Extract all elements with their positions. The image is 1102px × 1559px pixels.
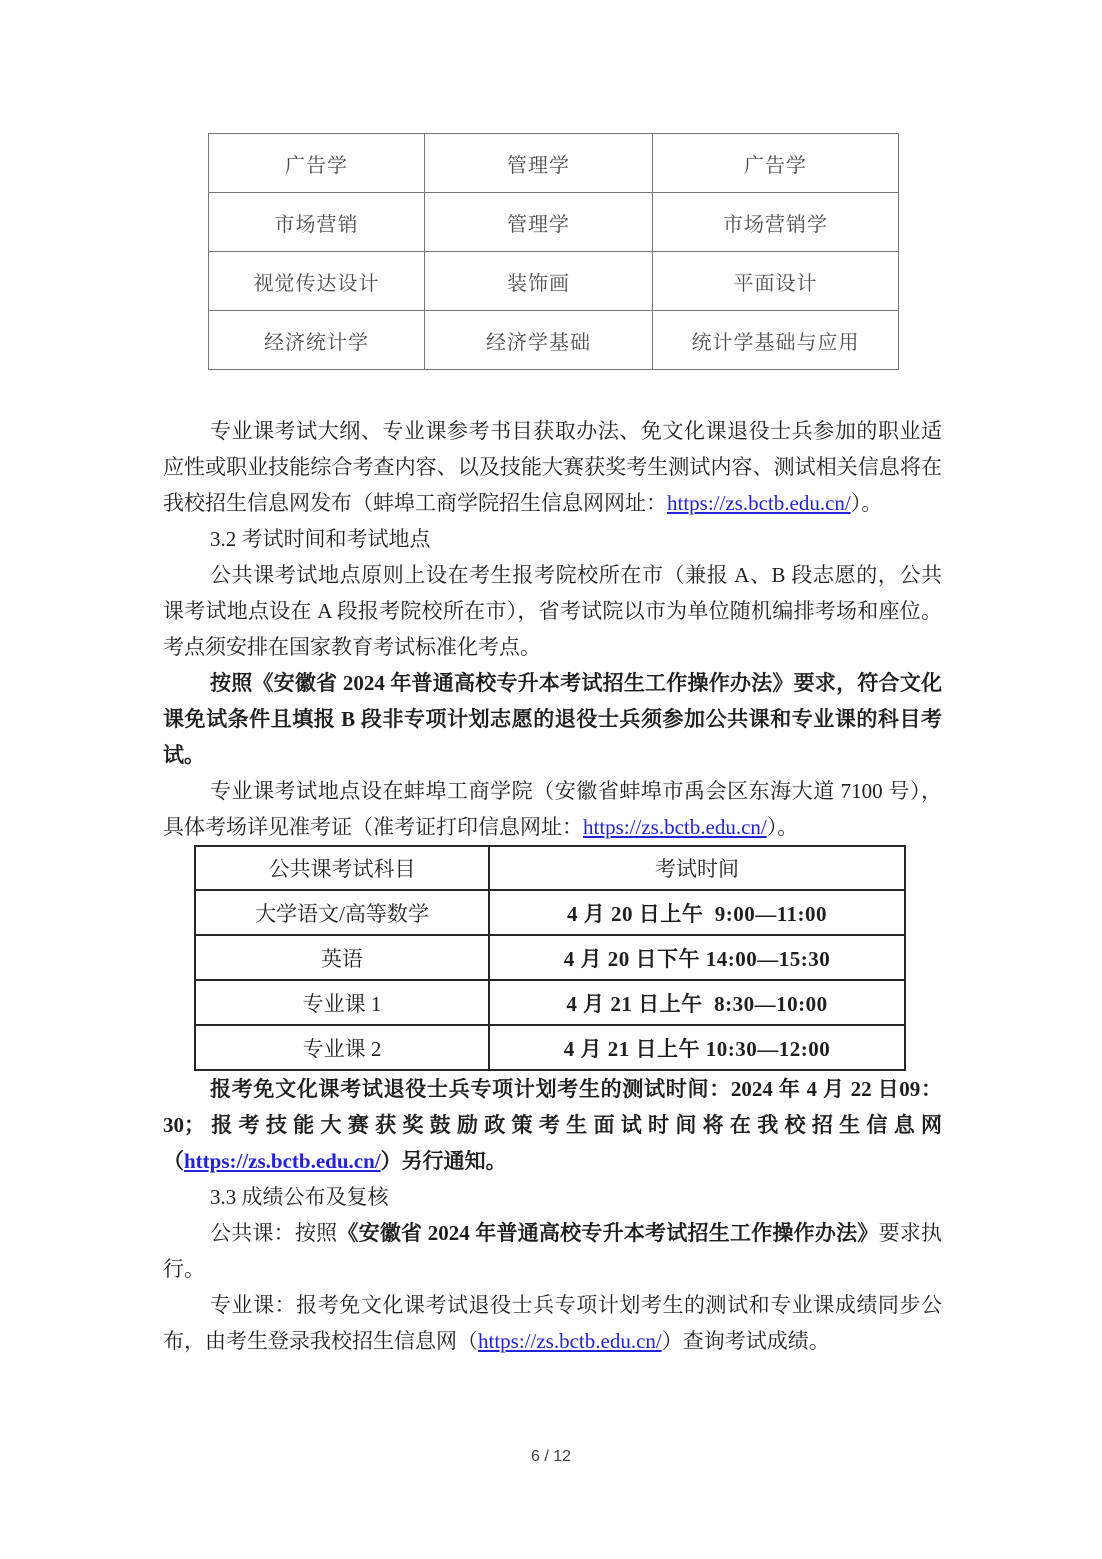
- table-row: 经济统计学 经济学基础 统计学基础与应用: [209, 311, 899, 370]
- table-row: 专业课 2 4 月 21 日上午 10:30—12:00: [195, 1025, 905, 1070]
- schedule-time-cell: 4 月 20 日上午 9:00—11:00: [489, 890, 905, 935]
- schedule-time-cell: 4 月 21 日上午 8:30—10:00: [489, 980, 905, 1025]
- paragraph-test-time-notice: 报考免文化课考试退役士兵专项计划考生的测试时间：2024 年 4 月 22 日0…: [163, 1071, 942, 1179]
- table-cell: 市场营销: [209, 193, 425, 252]
- paragraph-test-time-tail: ）另行通知。: [381, 1149, 507, 1173]
- notice-site-link[interactable]: https://zs.bctb.edu.cn/: [184, 1149, 381, 1173]
- table-cell: 统计学基础与应用: [653, 311, 899, 370]
- table-row: 英语 4 月 20 日下午 14:00—15:30: [195, 935, 905, 980]
- table-row: 广告学 管理学 广告学: [209, 134, 899, 193]
- table-cell: 管理学: [425, 134, 653, 193]
- paragraph-public-score: 公共课：按照《安徽省 2024 年普通高校专升本考试招生工作操作办法》要求执行。: [163, 1215, 942, 1287]
- table-cell: 装饰画: [425, 252, 653, 311]
- schedule-time-cell: 4 月 21 日上午 10:30—12:00: [489, 1025, 905, 1070]
- score-query-site-link[interactable]: https://zs.bctb.edu.cn/: [478, 1329, 662, 1353]
- schedule-subject-cell: 英语: [195, 935, 489, 980]
- course-mapping-table: 广告学 管理学 广告学 市场营销 管理学 市场营销学 视觉传达设计 装饰画 平面…: [208, 133, 899, 370]
- schedule-time-cell: 4 月 20 日下午 14:00—15:30: [489, 935, 905, 980]
- paragraph-syllabus-tail: ）。: [851, 491, 883, 515]
- paragraph-major-location-tail: ）。: [767, 815, 799, 839]
- paragraph-major-location-text: 专业课考试地点设在蚌埠工商学院（安徽省蚌埠市禹会区东海大道 7100 号），具体…: [163, 779, 942, 839]
- table-row: 大学语文/高等数学 4 月 20 日上午 9:00—11:00: [195, 890, 905, 935]
- paragraph-veterans-requirement: 按照《安徽省 2024 年普通高校专升本考试招生工作操作办法》要求，符合文化课免…: [163, 665, 942, 773]
- table-cell: 市场营销学: [653, 193, 899, 252]
- schedule-subject-cell: 专业课 1: [195, 980, 489, 1025]
- table-cell: 管理学: [425, 193, 653, 252]
- paragraph-major-score-tail: ）查询考试成绩。: [662, 1329, 830, 1353]
- table-row: 市场营销 管理学 市场营销学: [209, 193, 899, 252]
- paragraph-public-score-text: 公共课：按照: [210, 1221, 337, 1245]
- table-cell: 广告学: [209, 134, 425, 193]
- table-cell: 视觉传达设计: [209, 252, 425, 311]
- policy-document-title: 《安徽省 2024 年普通高校专升本考试招生工作操作办法》: [337, 1221, 878, 1245]
- table-row: 视觉传达设计 装饰画 平面设计: [209, 252, 899, 311]
- table-cell: 经济统计学: [209, 311, 425, 370]
- document-page: 广告学 管理学 广告学 市场营销 管理学 市场营销学 视觉传达设计 装饰画 平面…: [163, 133, 942, 1359]
- schedule-header-time: 考试时间: [489, 846, 905, 890]
- table-cell: 经济学基础: [425, 311, 653, 370]
- schedule-subject-cell: 大学语文/高等数学: [195, 890, 489, 935]
- schedule-subject-cell: 专业课 2: [195, 1025, 489, 1070]
- section-heading-3-3: 3.3 成绩公布及复核: [163, 1179, 942, 1215]
- table-cell: 平面设计: [653, 252, 899, 311]
- paragraph-major-location: 专业课考试地点设在蚌埠工商学院（安徽省蚌埠市禹会区东海大道 7100 号），具体…: [163, 773, 942, 845]
- paragraph-syllabus: 专业课考试大纲、专业课参考书目获取办法、免文化课退役士兵参加的职业适应性或职业技…: [163, 413, 942, 521]
- ticket-print-site-link[interactable]: https://zs.bctb.edu.cn/: [583, 815, 767, 839]
- table-cell: 广告学: [653, 134, 899, 193]
- exam-schedule-table: 公共课考试科目 考试时间 大学语文/高等数学 4 月 20 日上午 9:00—1…: [194, 845, 906, 1071]
- page-number: 6 / 12: [0, 1448, 1102, 1466]
- table-row: 专业课 1 4 月 21 日上午 8:30—10:00: [195, 980, 905, 1025]
- section-heading-3-2: 3.2 考试时间和考试地点: [163, 521, 942, 557]
- admissions-site-link[interactable]: https://zs.bctb.edu.cn/: [667, 491, 851, 515]
- schedule-header-subject: 公共课考试科目: [195, 846, 489, 890]
- paragraph-public-location: 公共课考试地点原则上设在考生报考院校所在市（兼报 A、B 段志愿的，公共课考试地…: [163, 557, 942, 665]
- table-header-row: 公共课考试科目 考试时间: [195, 846, 905, 890]
- paragraph-major-score: 专业课：报考免文化课考试退役士兵专项计划考生的测试和专业课成绩同步公布，由考生登…: [163, 1287, 942, 1359]
